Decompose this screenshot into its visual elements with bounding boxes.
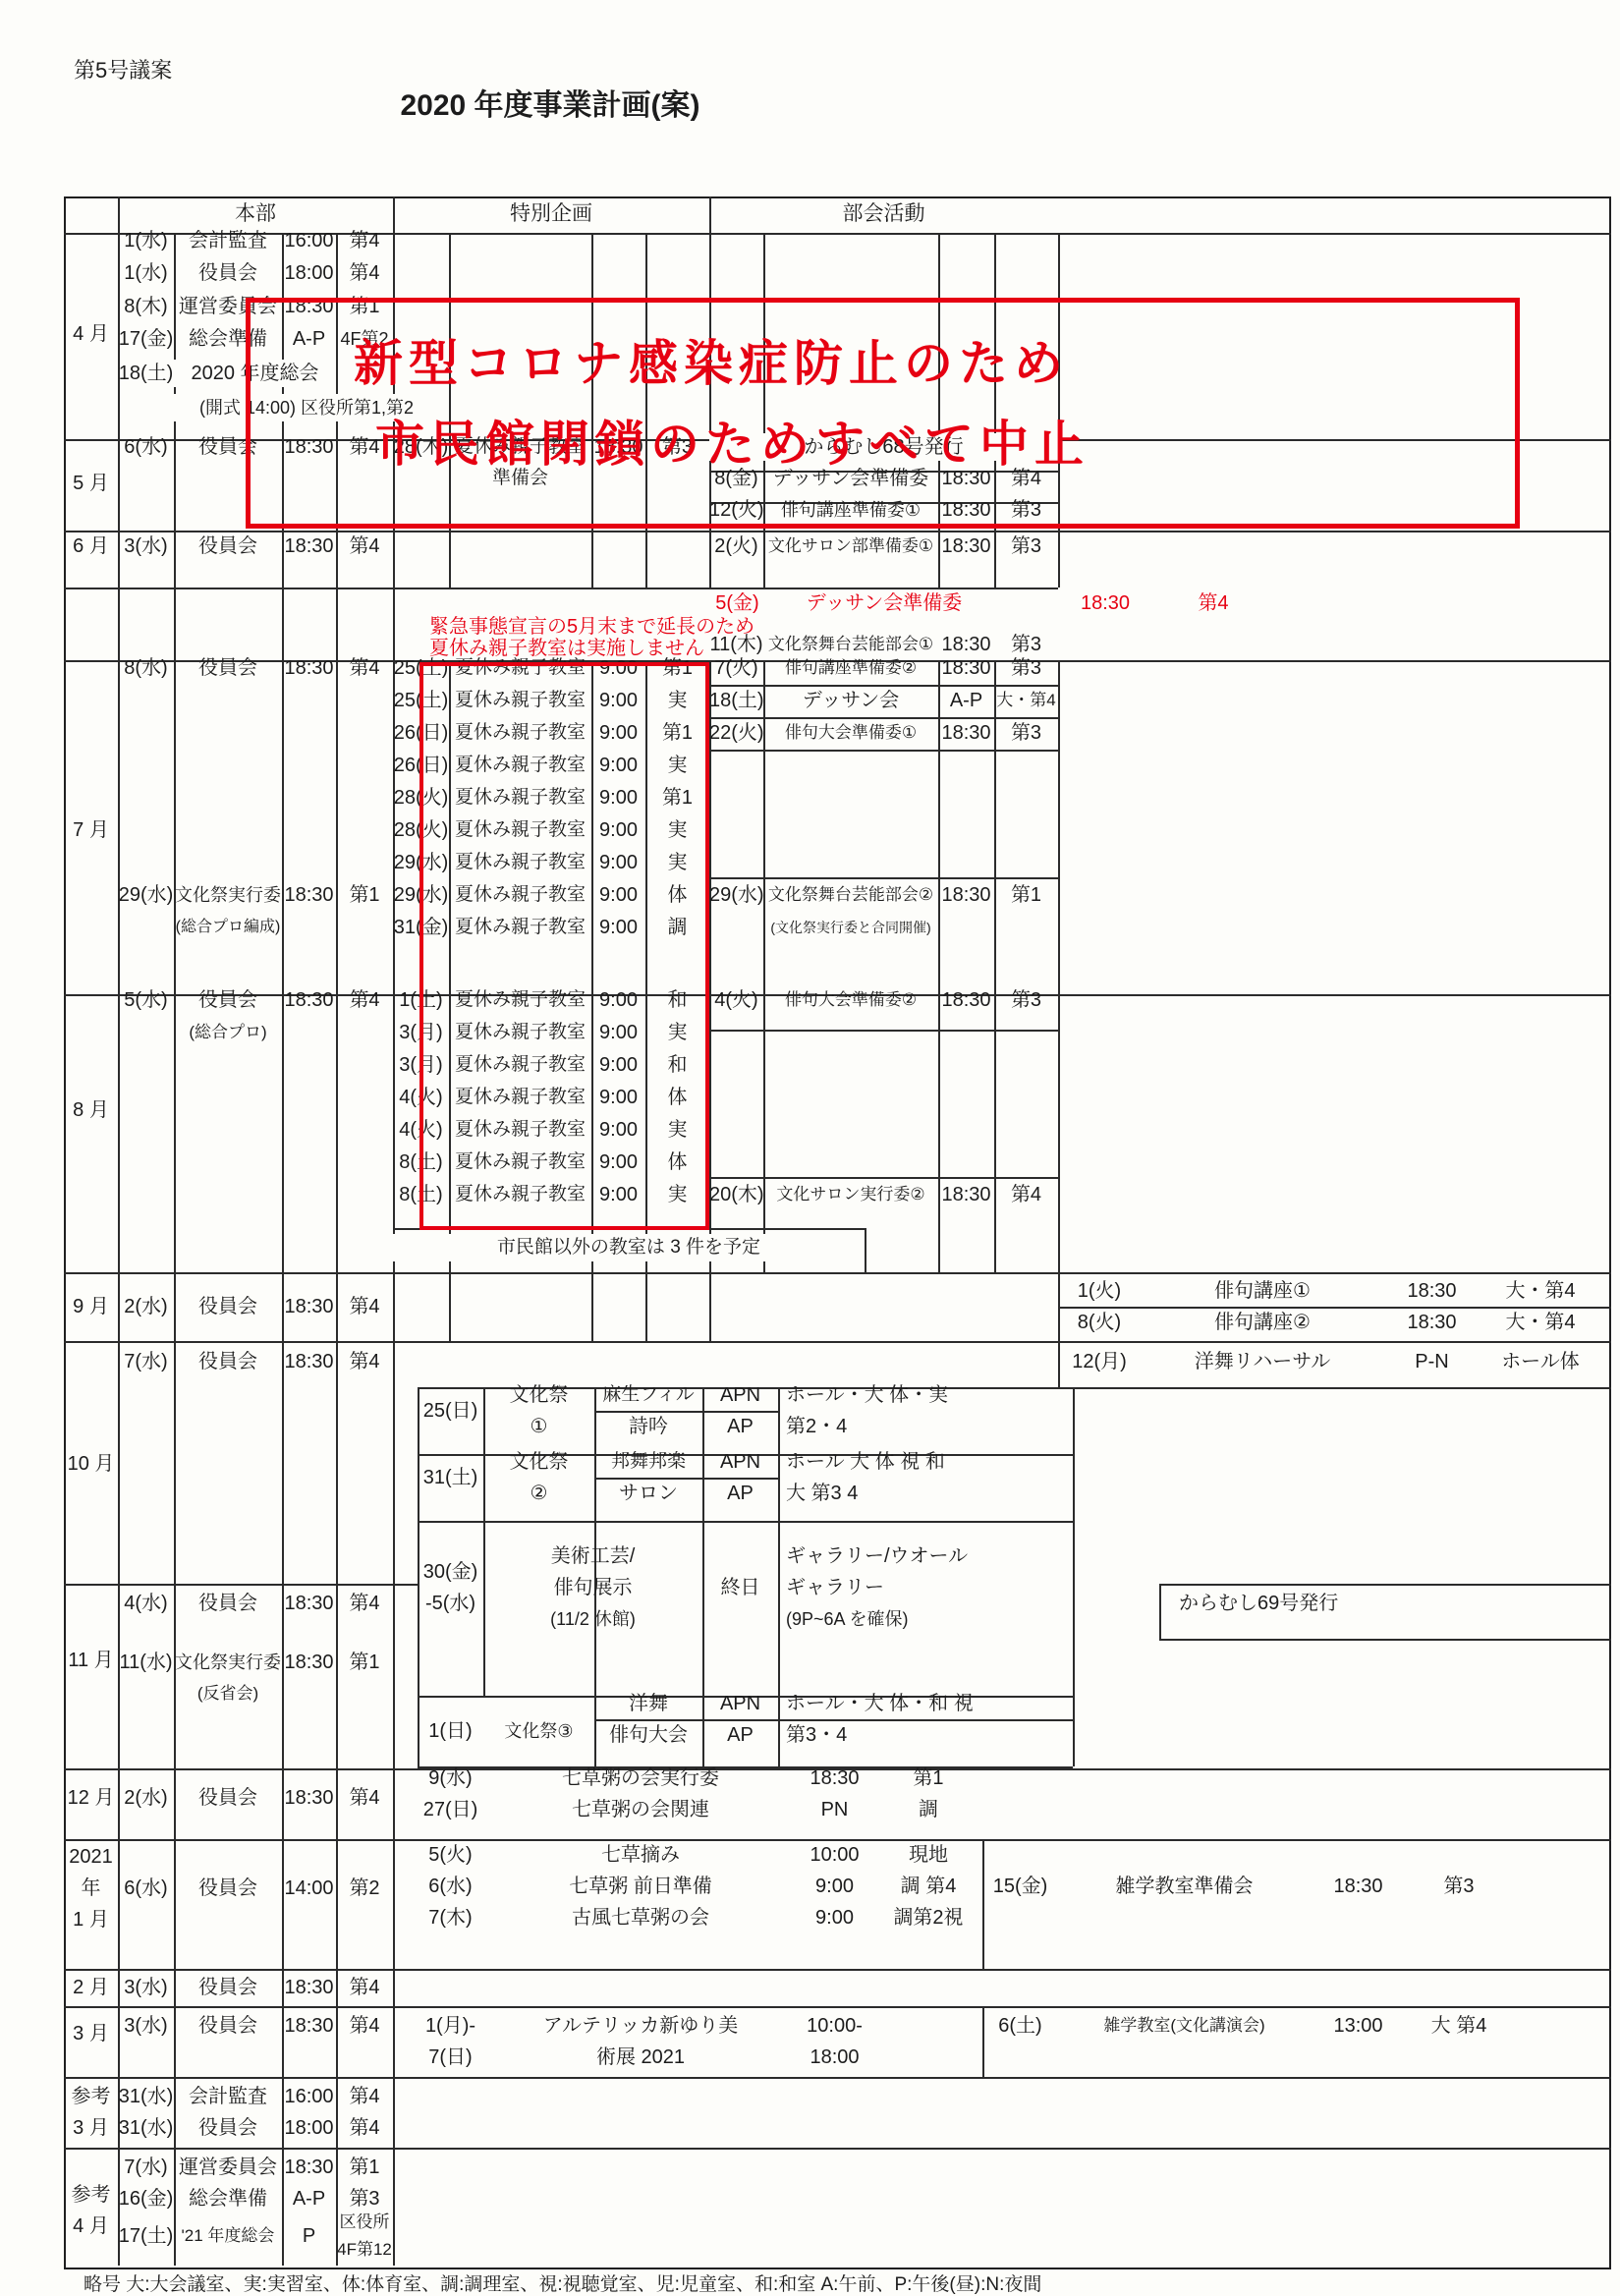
month-label-may: 5 月 — [64, 470, 118, 497]
cell-date: 7(木) — [418, 1904, 483, 1932]
cell-time: 18:30 — [798, 1764, 871, 1792]
cell-event: 役員会 — [174, 1590, 282, 1617]
grid-line-h — [64, 1969, 1611, 1971]
cell-room: 第4 — [336, 227, 393, 254]
cell-room-note: (9P~6A を確保) — [786, 1605, 1066, 1633]
cell-event: 役員会 — [174, 259, 282, 287]
cell-time: 9:00 — [798, 1904, 871, 1932]
cell-room: 第3 — [994, 654, 1058, 682]
cell-time: 18:30 — [282, 1590, 336, 1617]
cell-room: 調 第4 — [874, 1873, 982, 1900]
month-label-june: 6 月 — [64, 532, 118, 560]
cell-festival-number: ① — [483, 1413, 594, 1440]
month-label-march: 3 月 — [64, 2020, 118, 2047]
cell-room: 第1 — [336, 881, 393, 909]
cell-room: ホール体 — [1476, 1348, 1605, 1375]
cell-date: 20(木) — [709, 1181, 763, 1208]
grid-line-h — [64, 2148, 1611, 2150]
cell-time: AP — [702, 1413, 778, 1440]
grid-line-v — [1073, 1387, 1075, 1766]
cell-time: P — [282, 2222, 336, 2250]
ref-label-march: 3 月 — [64, 2114, 118, 2142]
cell-event: 役員会 — [174, 1784, 282, 1812]
cell-date: 8(火) — [1061, 1309, 1138, 1336]
grid-line-v — [982, 1839, 984, 1969]
cell-event-note: (反省会) — [174, 1680, 282, 1708]
cell-room: 第3 — [1405, 1873, 1513, 1900]
scanned-document-page: 第5号議案 2020 年度事業計画(案) — [0, 0, 1620, 2296]
cell-festival-label: 文化祭 — [483, 1448, 594, 1476]
month-label-september: 9 月 — [64, 1293, 118, 1320]
cell-date: 7(水) — [118, 2154, 174, 2181]
cell-event: 術展 2021 — [483, 2044, 798, 2071]
cell-date: 22(火) — [709, 719, 763, 747]
cell-time: APN — [702, 1448, 778, 1476]
cell-date: 5(水) — [118, 986, 174, 1014]
cell-time: AP — [702, 1480, 778, 1507]
cell-date: 31(水) — [118, 2083, 174, 2110]
cell-time: 18:30 — [282, 986, 336, 1014]
header-honbu: 本部 — [118, 200, 393, 228]
grid-line-v — [865, 1228, 866, 1272]
cell-time: APN — [702, 1690, 778, 1717]
cell-date: 1(火) — [1061, 1277, 1138, 1305]
cell-event: 七草摘み — [483, 1841, 798, 1869]
cell-room: 大・第4 — [1476, 1277, 1605, 1305]
cell-room: 第3・4 — [786, 1721, 1066, 1749]
cell-date: 30(金) — [418, 1558, 483, 1586]
cell-date: 1(日) — [418, 1717, 483, 1745]
cell-date: 6(水) — [118, 433, 174, 461]
cell-event: 役員会 — [174, 2114, 282, 2142]
ref-label-april: 4 月 — [64, 2212, 118, 2240]
cell-date: 31(水) — [118, 2114, 174, 2142]
cell-event: 雑学教室(文化講演会) — [1059, 2012, 1310, 2040]
cell-event: アルテリッカ新ゆり美 — [483, 2012, 798, 2040]
cell-date: 2(水) — [118, 1293, 174, 1320]
month-label-january: 1 月 — [64, 1906, 118, 1933]
cell-time: 18:30 — [1316, 1873, 1400, 1900]
header-bukai-katsudo: 部会活動 — [709, 200, 1058, 228]
grid-line-h — [64, 1272, 1611, 1274]
cell-event: 俳句展示 — [483, 1574, 702, 1601]
cell-date: 31(土) — [418, 1464, 483, 1491]
grid-line-h — [64, 1341, 1611, 1343]
cell-room: ギャラリー/ウオール — [786, 1542, 1066, 1570]
cell-date: 7(水) — [118, 1348, 174, 1375]
cell-room: 第4 — [336, 1590, 393, 1617]
cell-date: 3(水) — [118, 1974, 174, 2001]
cell-event-note: (総合プロ) — [174, 1019, 282, 1046]
cell-event: 七草粥の会実行委 — [483, 1764, 798, 1792]
cell-date: 5(火) — [418, 1841, 483, 1869]
cell-time: 18:30 — [938, 654, 994, 682]
cell-event-note: (11/2 休館) — [483, 1605, 702, 1633]
cell-time: 9:00 — [798, 1873, 871, 1900]
cell-date: 6(水) — [418, 1873, 483, 1900]
cell-event: 総会準備 — [174, 2185, 282, 2212]
grid-line-h — [709, 877, 1058, 879]
grid-line-v — [778, 1387, 780, 1766]
cell-event: 会計監査 — [174, 227, 282, 254]
cell-date: 18(土) — [709, 687, 763, 714]
month-label-august: 8 月 — [64, 1096, 118, 1124]
cell-time: 14:00 — [282, 1875, 336, 1902]
red-row-time: 18:30 — [1066, 589, 1145, 617]
cell-time: AP — [702, 1721, 778, 1749]
cell-festival-label: 文化祭 — [483, 1381, 594, 1409]
cell-room: ホール 大 体 視 和 — [786, 1448, 1066, 1476]
cell-festival-number: ② — [483, 1480, 594, 1507]
cell-date: 1(水) — [118, 259, 174, 287]
cell-event: 役員会 — [174, 654, 282, 682]
cell-event-note: (文化祭実行委と合同開催) — [763, 914, 938, 941]
cell-time: 16:00 — [282, 227, 336, 254]
cell-event: 七草粥の会関連 — [483, 1796, 798, 1823]
cell-date: 17(土) — [118, 2222, 174, 2250]
cell-event: 文化祭舞台芸能部会② — [763, 881, 938, 909]
cell-date: 9(水) — [418, 1764, 483, 1792]
cell-time: 18:30 — [282, 881, 336, 909]
month-label-december: 12 月 — [64, 1784, 118, 1812]
header-tokubetsu-kikaku: 特別企画 — [393, 200, 709, 228]
cell-date: 18(土) — [118, 360, 174, 387]
cell-event: 会計監査 — [174, 2083, 282, 2110]
cell-event: 文化祭実行委 — [174, 1649, 282, 1676]
grid-line-h — [64, 2006, 1611, 2008]
cell-time: APN — [702, 1381, 778, 1409]
cell-time: A-P — [282, 2185, 336, 2212]
cell-offsite-note: 市民館以外の教室は 3 件を予定 — [393, 1234, 865, 1261]
cell-event: 俳句大会準備委② — [763, 986, 938, 1014]
cell-event: 七草粥 前日準備 — [483, 1873, 798, 1900]
ref-label-sanko: 参考 — [64, 2083, 118, 2110]
cell-room: 第2・4 — [786, 1413, 1066, 1440]
cell-room: 第2 — [336, 1875, 393, 1902]
cell-event: 文化サロン実行委② — [763, 1181, 938, 1208]
cell-date: 6(土) — [984, 2012, 1056, 2040]
cell-time: PN — [798, 1796, 871, 1823]
grid-line-h — [418, 1521, 1073, 1523]
cell-event: 役員会 — [174, 1875, 282, 1902]
cell-event: 俳句講座② — [1140, 1309, 1385, 1336]
cell-date: 2(水) — [118, 1784, 174, 1812]
cell-date: 3(水) — [118, 2012, 174, 2040]
cell-room: 第1 — [994, 881, 1058, 909]
page-title: 2020 年度事業計画(案) — [295, 88, 806, 124]
cell-time: 18:30 — [282, 1974, 336, 2001]
cell-time: 18:30 — [282, 2012, 336, 2040]
cell-time: 終日 — [702, 1574, 778, 1601]
cell-time: 18:00 — [282, 2114, 336, 2142]
cell-time: 18:30 — [282, 654, 336, 682]
cell-room: 第4 — [336, 1974, 393, 2001]
cell-event: 美術工芸/ — [483, 1542, 702, 1570]
cell-date: 8(水) — [118, 654, 174, 682]
cell-event: 役員会 — [174, 1348, 282, 1375]
cell-date: 2(火) — [709, 532, 763, 560]
cell-date: 4(水) — [118, 1590, 174, 1617]
cell-date: 15(金) — [984, 1873, 1056, 1900]
grid-line-h — [709, 750, 1058, 752]
cell-date: 16(金) — [118, 2185, 174, 2212]
cell-room: 第4 — [336, 986, 393, 1014]
cell-room-line1: 区役所 — [336, 2209, 393, 2236]
grid-line-v — [1159, 1584, 1161, 1639]
cell-date: 11(水) — [118, 1649, 174, 1676]
grid-line-h — [709, 1030, 1058, 1032]
cell-time: 18:00 — [282, 259, 336, 287]
cell-date: 25(日) — [418, 1397, 483, 1425]
red-annotation-line2: 夏休み親子教室は実施しません — [429, 635, 842, 662]
cell-room: 現地 — [874, 1841, 982, 1869]
cell-festival-label: 文化祭③ — [483, 1717, 594, 1745]
cell-room: 第4 — [336, 2012, 393, 2040]
cell-room: 第1 — [336, 1649, 393, 1676]
cell-room: 大・第4 — [994, 687, 1058, 714]
cell-time: 10:00 — [798, 1841, 871, 1869]
cell-time: 18:30 — [1390, 1309, 1474, 1336]
cell-date: 4(火) — [709, 986, 763, 1014]
cell-date: 29(水) — [118, 881, 174, 909]
cell-room: 第4 — [336, 2083, 393, 2110]
cell-room: 第4 — [336, 259, 393, 287]
month-label-july: 7 月 — [64, 816, 118, 844]
month-label-november: 11 月 — [64, 1647, 118, 1674]
month-label-jan-nen: 年 — [64, 1875, 118, 1902]
cell-publication: からむし69号発行 — [1179, 1590, 1601, 1617]
cell-event: 文化サロン部準備委① — [763, 532, 938, 560]
cell-room: 第4 — [336, 532, 393, 560]
cell-date: 6(水) — [118, 1875, 174, 1902]
grid-line-h — [64, 2077, 1611, 2079]
cell-time: 18:30 — [282, 1348, 336, 1375]
cell-room: 第4 — [336, 2114, 393, 2142]
cell-time: 18:30 — [282, 1649, 336, 1676]
grid-line-v — [118, 196, 120, 2266]
cell-date: 27(日) — [418, 1796, 483, 1823]
cell-date: 8(木) — [118, 293, 174, 320]
cell-room: 大・第4 — [1476, 1309, 1605, 1336]
cancellation-notice-line2: 市民館閉鎖のためすべて中止 — [375, 405, 1089, 476]
cell-event: 麻生フィル — [594, 1381, 702, 1409]
cell-event: 俳句大会準備委① — [763, 719, 938, 747]
cell-event: 役員会 — [174, 986, 282, 1014]
cell-time: 18:30 — [282, 1293, 336, 1320]
cell-date: 1(月)- — [418, 2012, 483, 2040]
grid-line-h — [1058, 1387, 1611, 1389]
cell-time: 18:30 — [1390, 1277, 1474, 1305]
cell-time: 16:00 — [282, 2083, 336, 2110]
cell-time: 18:30 — [938, 881, 994, 909]
cell-date: 1(水) — [118, 227, 174, 254]
cell-time: 18:30 — [282, 1784, 336, 1812]
grid-line-h — [709, 1177, 1058, 1179]
grid-line-v — [1058, 660, 1060, 1387]
cell-date: 3(水) — [118, 532, 174, 560]
cell-date: 7(日) — [418, 2044, 483, 2071]
summer-class-red-box — [419, 662, 709, 1230]
cell-room: 第4 — [336, 1293, 393, 1320]
cell-event: 洋舞 — [594, 1690, 702, 1717]
cell-room: 第1 — [336, 2154, 393, 2181]
cell-event: 古風七草粥の会 — [483, 1904, 798, 1932]
ref-label-sanko: 参考 — [64, 2181, 118, 2209]
cell-room: 第4 — [336, 654, 393, 682]
month-label-february: 2 月 — [64, 1974, 118, 2001]
cell-date: 29(水) — [709, 881, 763, 909]
cell-event-note: (総合プロ編成) — [174, 914, 282, 941]
cell-event: サロン — [594, 1480, 702, 1507]
cell-event: 俳句大会 — [594, 1721, 702, 1749]
cell-room: 調 — [874, 1796, 982, 1823]
grid-line-h — [1159, 1584, 1611, 1586]
cell-room-line2: 4F第12 — [336, 2236, 393, 2264]
cell-time: 18:30 — [938, 986, 994, 1014]
cell-room: ホール・大 体・和 視 — [786, 1690, 1066, 1717]
cell-room: 調第2視 — [874, 1904, 982, 1932]
cell-event: 詩吟 — [594, 1413, 702, 1440]
cell-event: 雑学教室準備会 — [1059, 1873, 1310, 1900]
cell-room: 第3 — [994, 719, 1058, 747]
case-number-label: 第5号議案 — [74, 57, 368, 84]
cell-event: 俳句講座① — [1140, 1277, 1385, 1305]
cell-time: 18:30 — [938, 719, 994, 747]
cell-room: 大 第3 4 — [786, 1480, 1066, 1507]
cell-time: 18:30 — [938, 532, 994, 560]
cell-time: 18:00 — [798, 2044, 871, 2071]
cell-date: -5(水) — [418, 1590, 483, 1617]
cell-time: 18:30 — [282, 532, 336, 560]
cell-time: A-P — [938, 687, 994, 714]
cell-event: 文化祭実行委 — [174, 881, 282, 909]
legend-abbreviations: 略号 大:大会議室、実:実習室、体:体育室、調:調理室、視:視聴覚室、児:児童室… — [84, 2271, 1577, 2296]
red-row-room: 第4 — [1174, 589, 1253, 617]
cell-event: 運営委員会 — [174, 2154, 282, 2181]
month-label-jan-year: 2021 — [64, 1843, 118, 1871]
cell-time: 18:30 — [282, 2154, 336, 2181]
cell-room: 大 第4 — [1405, 2012, 1513, 2040]
cell-room: 第4 — [336, 1784, 393, 1812]
cell-time: 18:30 — [938, 1181, 994, 1208]
cell-date: 12(月) — [1061, 1348, 1138, 1375]
cell-time: 10:00- — [798, 2012, 871, 2040]
cell-time: P-N — [1390, 1348, 1474, 1375]
cell-room: ギャラリー — [786, 1574, 1066, 1601]
cell-event: デッサン会 — [763, 687, 938, 714]
cell-room: 第1 — [874, 1764, 982, 1792]
grid-line-h — [1159, 1639, 1611, 1641]
cell-event: 役員会 — [174, 2012, 282, 2040]
cell-event: 役員会 — [174, 1974, 282, 2001]
cell-time: 13:00 — [1316, 2012, 1400, 2040]
month-label-october: 10 月 — [64, 1450, 118, 1478]
cell-event: 役員会 — [174, 1293, 282, 1320]
cell-date: 17(金) — [118, 325, 174, 353]
cell-event: 洋舞リハーサル — [1140, 1348, 1385, 1375]
cell-room: 第4 — [994, 1181, 1058, 1208]
cell-room: 第3 — [994, 532, 1058, 560]
cell-room: 第3 — [994, 986, 1058, 1014]
month-label-april: 4 月 — [64, 320, 118, 348]
cell-room: 第4 — [336, 1348, 393, 1375]
grid-line-h — [64, 1584, 418, 1586]
cancellation-notice-line1: 新型コロナ感染症防止のため — [354, 324, 1069, 395]
cell-room: ホール・大 体・実 — [786, 1381, 1066, 1409]
cell-event: '21 年度総会 — [174, 2222, 282, 2250]
cell-event: 役員会 — [174, 532, 282, 560]
cell-event: 邦舞邦楽 — [594, 1448, 702, 1476]
